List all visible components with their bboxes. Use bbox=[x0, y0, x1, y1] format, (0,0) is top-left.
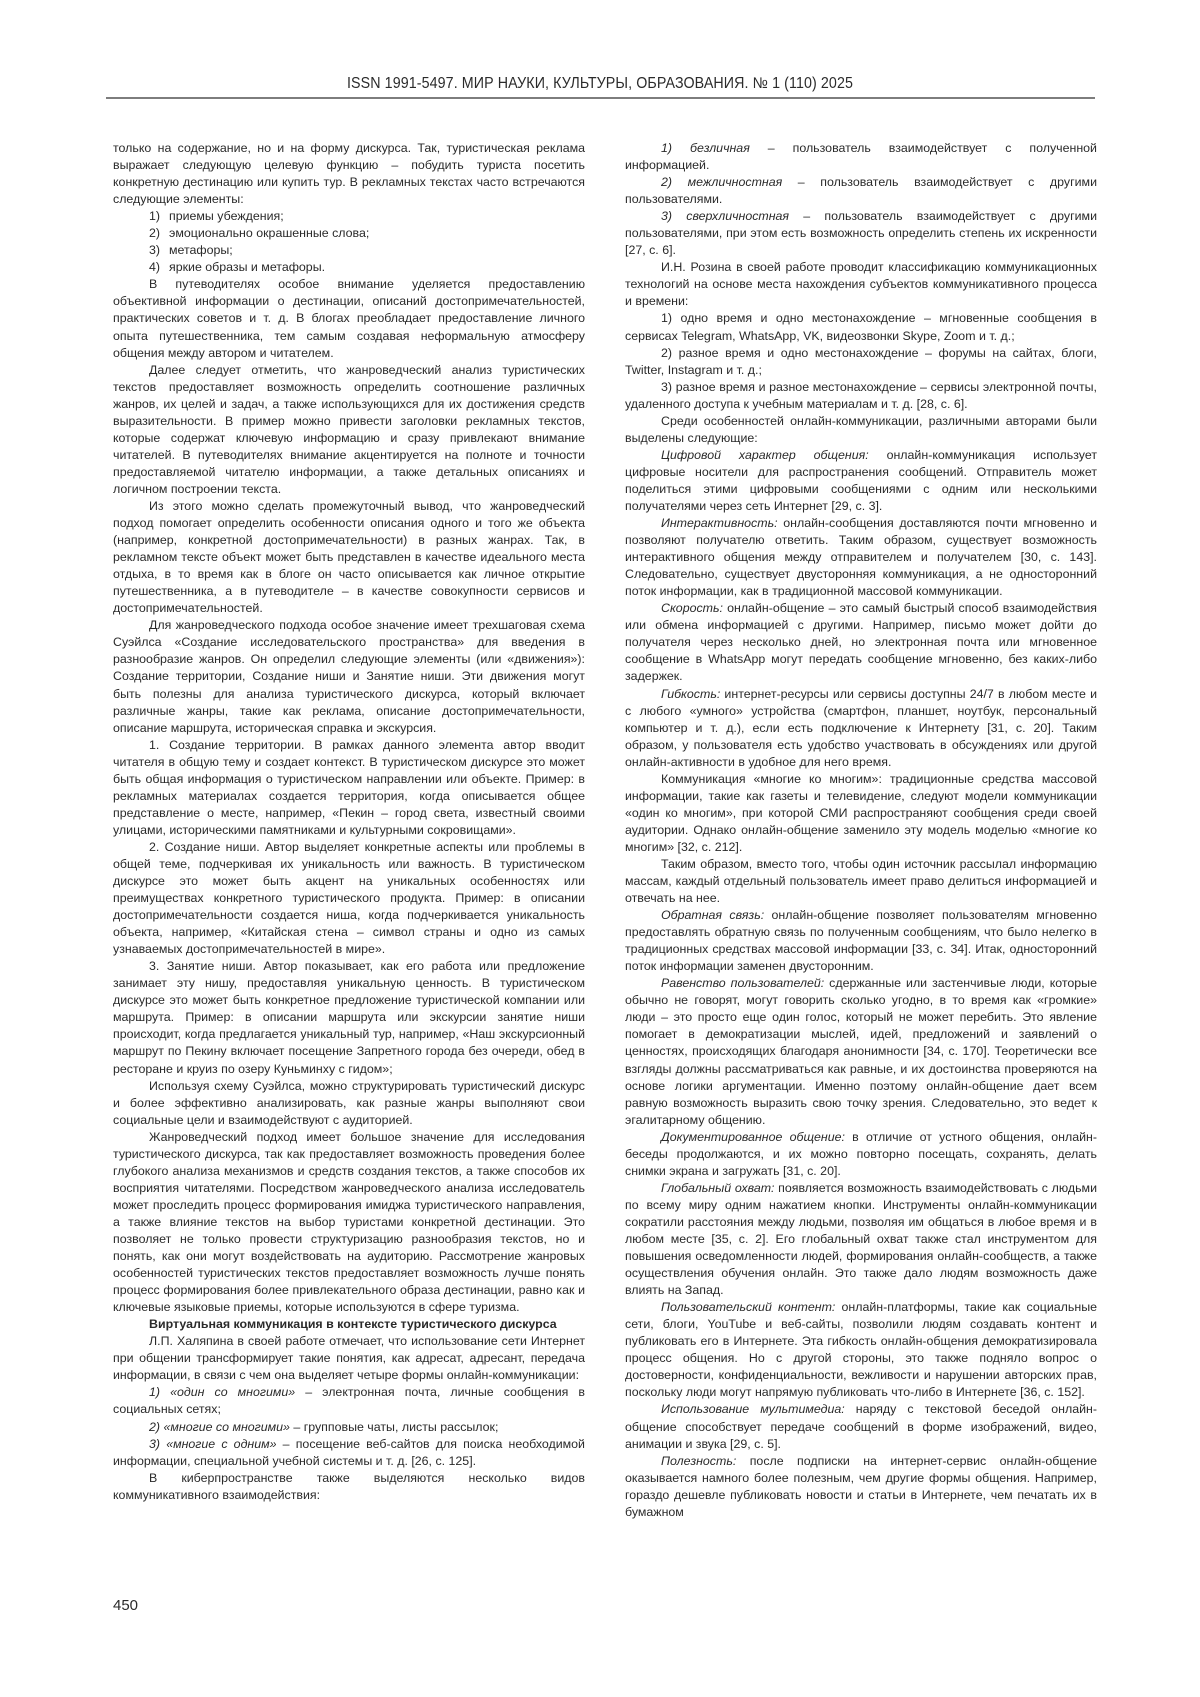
list-item: 2)эмоционально окрашенные слова; bbox=[113, 225, 585, 242]
feature-speed: Скорость: онлайн-общение – это самый быс… bbox=[625, 600, 1097, 685]
paragraph: В путеводителях особое внимание уделяетс… bbox=[113, 276, 585, 361]
list-item: 2) «многие со многими» – групповые чаты,… bbox=[113, 1419, 585, 1436]
list-item: 3) «многие с одним» – посещение веб-сайт… bbox=[113, 1436, 585, 1470]
list-item: 1) одно время и одно местонахождение – м… bbox=[625, 310, 1097, 344]
paragraph: Используя схему Суэйлса, можно структури… bbox=[113, 1078, 585, 1129]
page-number: 450 bbox=[113, 1597, 138, 1614]
list-item: 3) разное время и разное местонахождение… bbox=[625, 379, 1097, 413]
running-header: ISSN 1991-5497. МИР НАУКИ, КУЛЬТУРЫ, ОБР… bbox=[145, 75, 1056, 93]
paragraph: Жанроведческий подход имеет большое знач… bbox=[113, 1129, 585, 1317]
list-item: 3)метафоры; bbox=[113, 242, 585, 259]
feature-flexibility: Гибкость: интернет-ресурсы или сервисы д… bbox=[625, 686, 1097, 771]
paragraph-step-3: 3. Занятие ниши. Автор показывает, как е… bbox=[113, 958, 585, 1077]
feature-many-to-many: Коммуникация «многие ко многим»: традици… bbox=[625, 771, 1097, 856]
paragraph: Л.П. Халяпина в своей работе отмечает, ч… bbox=[113, 1333, 585, 1384]
list-item: 4)яркие образы и метафоры. bbox=[113, 259, 585, 276]
list-item: 1) «один со многими» – электронная почта… bbox=[113, 1384, 585, 1418]
paragraph: В киберпространстве также выделяются нес… bbox=[113, 1470, 585, 1504]
paragraph-step-1: 1. Создание территории. В рамках данного… bbox=[113, 737, 585, 839]
feature-usefulness: Полезность: после подписки на интернет-с… bbox=[625, 1453, 1097, 1521]
paragraph: И.Н. Розина в своей работе проводит клас… bbox=[625, 259, 1097, 310]
paragraph: только на содержание, но и на форму диск… bbox=[113, 140, 585, 208]
paragraph: Для жанроведческого подхода особое значе… bbox=[113, 617, 585, 736]
paragraph: Среди особенностей онлайн-коммуникации, … bbox=[625, 413, 1097, 447]
feature-digital: Цифровой характер общения: онлайн-коммун… bbox=[625, 447, 1097, 515]
list-item: 3) сверхличностная – пользователь взаимо… bbox=[625, 208, 1097, 259]
list-online-communication-forms: 1) «один со многими» – электронная почта… bbox=[113, 1384, 585, 1469]
list-item: 2) межличностная – пользователь взаимоде… bbox=[625, 174, 1097, 208]
feature-multimedia: Использование мультимедиа: наряду с текс… bbox=[625, 1401, 1097, 1452]
feature-user-equality: Равенство пользователей: сдержанные или … bbox=[625, 975, 1097, 1128]
paragraph-step-2: 2. Создание ниши. Автор выделяет конкрет… bbox=[113, 839, 585, 958]
left-column: только на содержание, но и на форму диск… bbox=[113, 140, 585, 1504]
section-heading: Виртуальная коммуникация в контексте тур… bbox=[113, 1316, 585, 1333]
paragraph: Из этого можно сделать промежуточный выв… bbox=[113, 498, 585, 617]
paragraph: Таким образом, вместо того, чтобы один и… bbox=[625, 856, 1097, 907]
list-item: 1)приемы убеждения; bbox=[113, 208, 585, 225]
right-column: 1) безличная – пользователь взаимодейств… bbox=[625, 140, 1097, 1521]
feature-user-content: Пользовательский контент: онлайн-платфор… bbox=[625, 1299, 1097, 1401]
feature-interactivity: Интерактивность: онлайн-сообщения достав… bbox=[625, 515, 1097, 600]
paragraph: Далее следует отметить, что жанроведческ… bbox=[113, 362, 585, 498]
header-divider bbox=[106, 97, 1095, 99]
feature-documented: Документированное общение: в отличие от … bbox=[625, 1129, 1097, 1180]
list-persuasion-elements: 1)приемы убеждения; 2)эмоционально окраш… bbox=[113, 208, 585, 276]
list-item: 1) безличная – пользователь взаимодейств… bbox=[625, 140, 1097, 174]
feature-feedback: Обратная связь: онлайн-общение позволяет… bbox=[625, 907, 1097, 975]
feature-global-reach: Глобальный охват: появляется возможность… bbox=[625, 1180, 1097, 1299]
list-interaction-types: 1) безличная – пользователь взаимодейств… bbox=[625, 140, 1097, 259]
list-communication-technologies: 1) одно время и одно местонахождение – м… bbox=[625, 310, 1097, 412]
list-item: 2) разное время и одно местонахождение –… bbox=[625, 345, 1097, 379]
